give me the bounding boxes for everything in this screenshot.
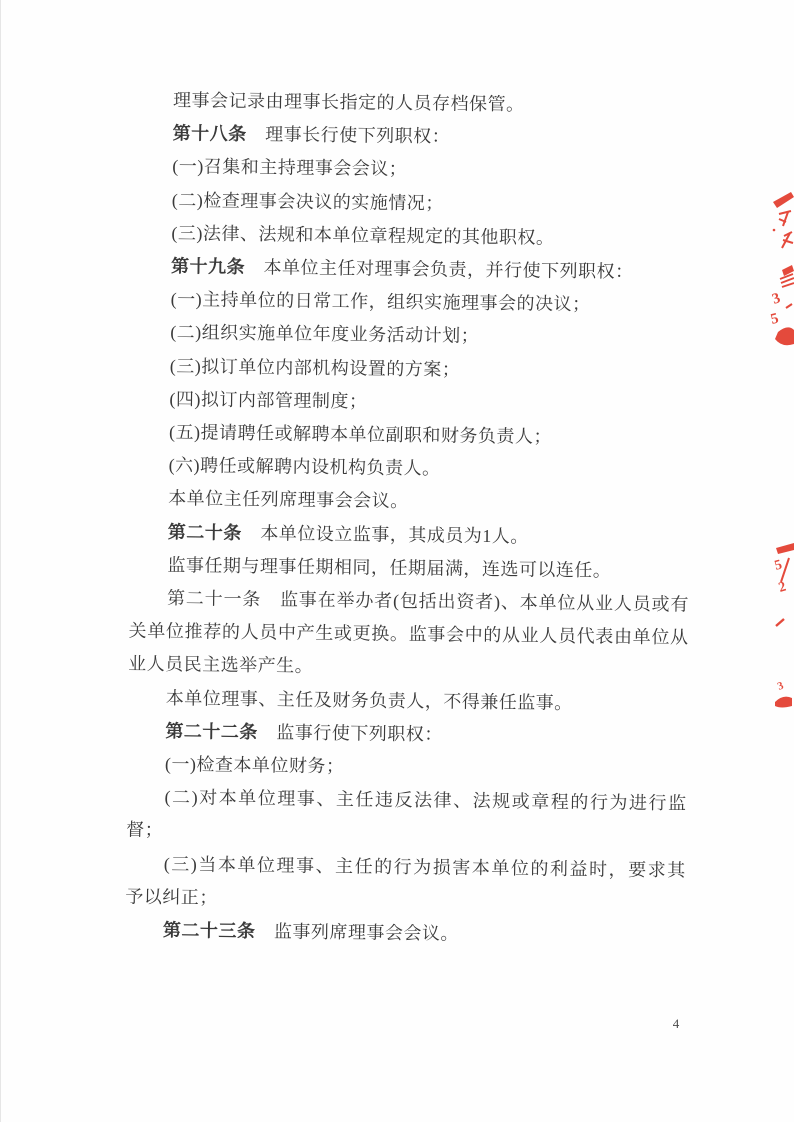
svg-text:3: 3 bbox=[770, 290, 782, 308]
article-heading: 第二十三条 bbox=[163, 920, 256, 941]
svg-text:5: 5 bbox=[773, 557, 784, 573]
line-text: 业人员民主选举产生。 bbox=[128, 654, 313, 676]
article-heading: 第十九条 bbox=[171, 256, 245, 277]
article-heading: 第二十条 bbox=[168, 522, 242, 543]
line-text: (六)聘任或解聘内设机构负责人。 bbox=[169, 455, 441, 478]
red-seal-fragment-upper: 3 5 bbox=[770, 264, 794, 348]
red-seal-fragment-middle: 5 2 bbox=[772, 542, 794, 604]
page-number: 4 bbox=[663, 1016, 689, 1032]
line-text: 第二十一条 监事在举办者(包括出资者)、本单位从业人员或有 bbox=[167, 588, 689, 614]
line-text: 予以纠正； bbox=[125, 886, 218, 907]
line-text: (三)拟订单位内部机构设置的方案； bbox=[170, 356, 461, 380]
line-text: (一)召集和主持理事会会议； bbox=[172, 156, 407, 179]
line-text: (一)检查本单位财务； bbox=[165, 754, 345, 776]
svg-text:2: 2 bbox=[777, 579, 788, 595]
line-text: 本单位主任列席理事会会议。 bbox=[168, 488, 409, 511]
text-line: 第二十三条 监事列席理事会会议。 bbox=[125, 914, 685, 954]
line-text: 督； bbox=[126, 820, 163, 840]
scanned-document-page: 理事会记录由理事长指定的人员存档保管。第十八条 理事长行使下列职权：(一)召集和… bbox=[0, 0, 794, 1122]
article-heading: 第二十二条 bbox=[165, 721, 258, 742]
line-text: 监事任期与理事任期相同，任期届满，连选可以连任。 bbox=[167, 555, 611, 580]
line-text: (三)法律、法规和本单位章程规定的其他职权。 bbox=[171, 223, 554, 248]
line-text: 监事行使下列职权： bbox=[258, 722, 443, 744]
line-text: (二)组织实施单位年度业务活动计划； bbox=[170, 322, 479, 346]
line-text: 理事长行使下列职权： bbox=[247, 124, 451, 146]
line-text: (二)检查理事会决议的实施情况； bbox=[172, 190, 444, 213]
svg-text:3: 3 bbox=[776, 679, 786, 692]
line-text: (一)主持单位的日常工作，组织实施理事会的决议； bbox=[171, 289, 591, 314]
line-text: (二)对本单位理事、主任违反法律、法规或章程的行为进行监 bbox=[164, 787, 686, 813]
line-text: 本单位理事、主任及财务负责人，不得兼任监事。 bbox=[166, 688, 573, 713]
red-seal-fragment-top bbox=[770, 190, 794, 254]
line-text: (五)提请聘任或解聘本单位副职和财务负责人； bbox=[169, 422, 552, 447]
article-heading: 第十八条 bbox=[173, 123, 247, 144]
line-text: (三)当本单位理事、主任的行为损害本单位的利益时，要求其 bbox=[164, 854, 686, 880]
line-text: (四)拟订内部管理制度； bbox=[169, 389, 367, 411]
line-text: 理事会记录由理事长指定的人员存档保管。 bbox=[173, 90, 525, 114]
red-seal-fragment-tick bbox=[774, 616, 786, 628]
line-text: 本单位设立监事，其成员为1人。 bbox=[242, 523, 529, 547]
svg-text:5: 5 bbox=[770, 311, 780, 328]
line-text: 本单位主任对理事会负责，并行使下列职权： bbox=[245, 257, 634, 282]
line-text: 监事列席理事会会议。 bbox=[255, 921, 459, 943]
document-body: 理事会记录由理事长指定的人员存档保管。第十八条 理事长行使下列职权：(一)召集和… bbox=[125, 84, 696, 954]
line-text: 关单位推荐的人员中产生或更换。监事会中的从业人员代表由单位从 bbox=[128, 621, 688, 648]
red-seal-fragment-lower: 3 bbox=[772, 678, 794, 710]
